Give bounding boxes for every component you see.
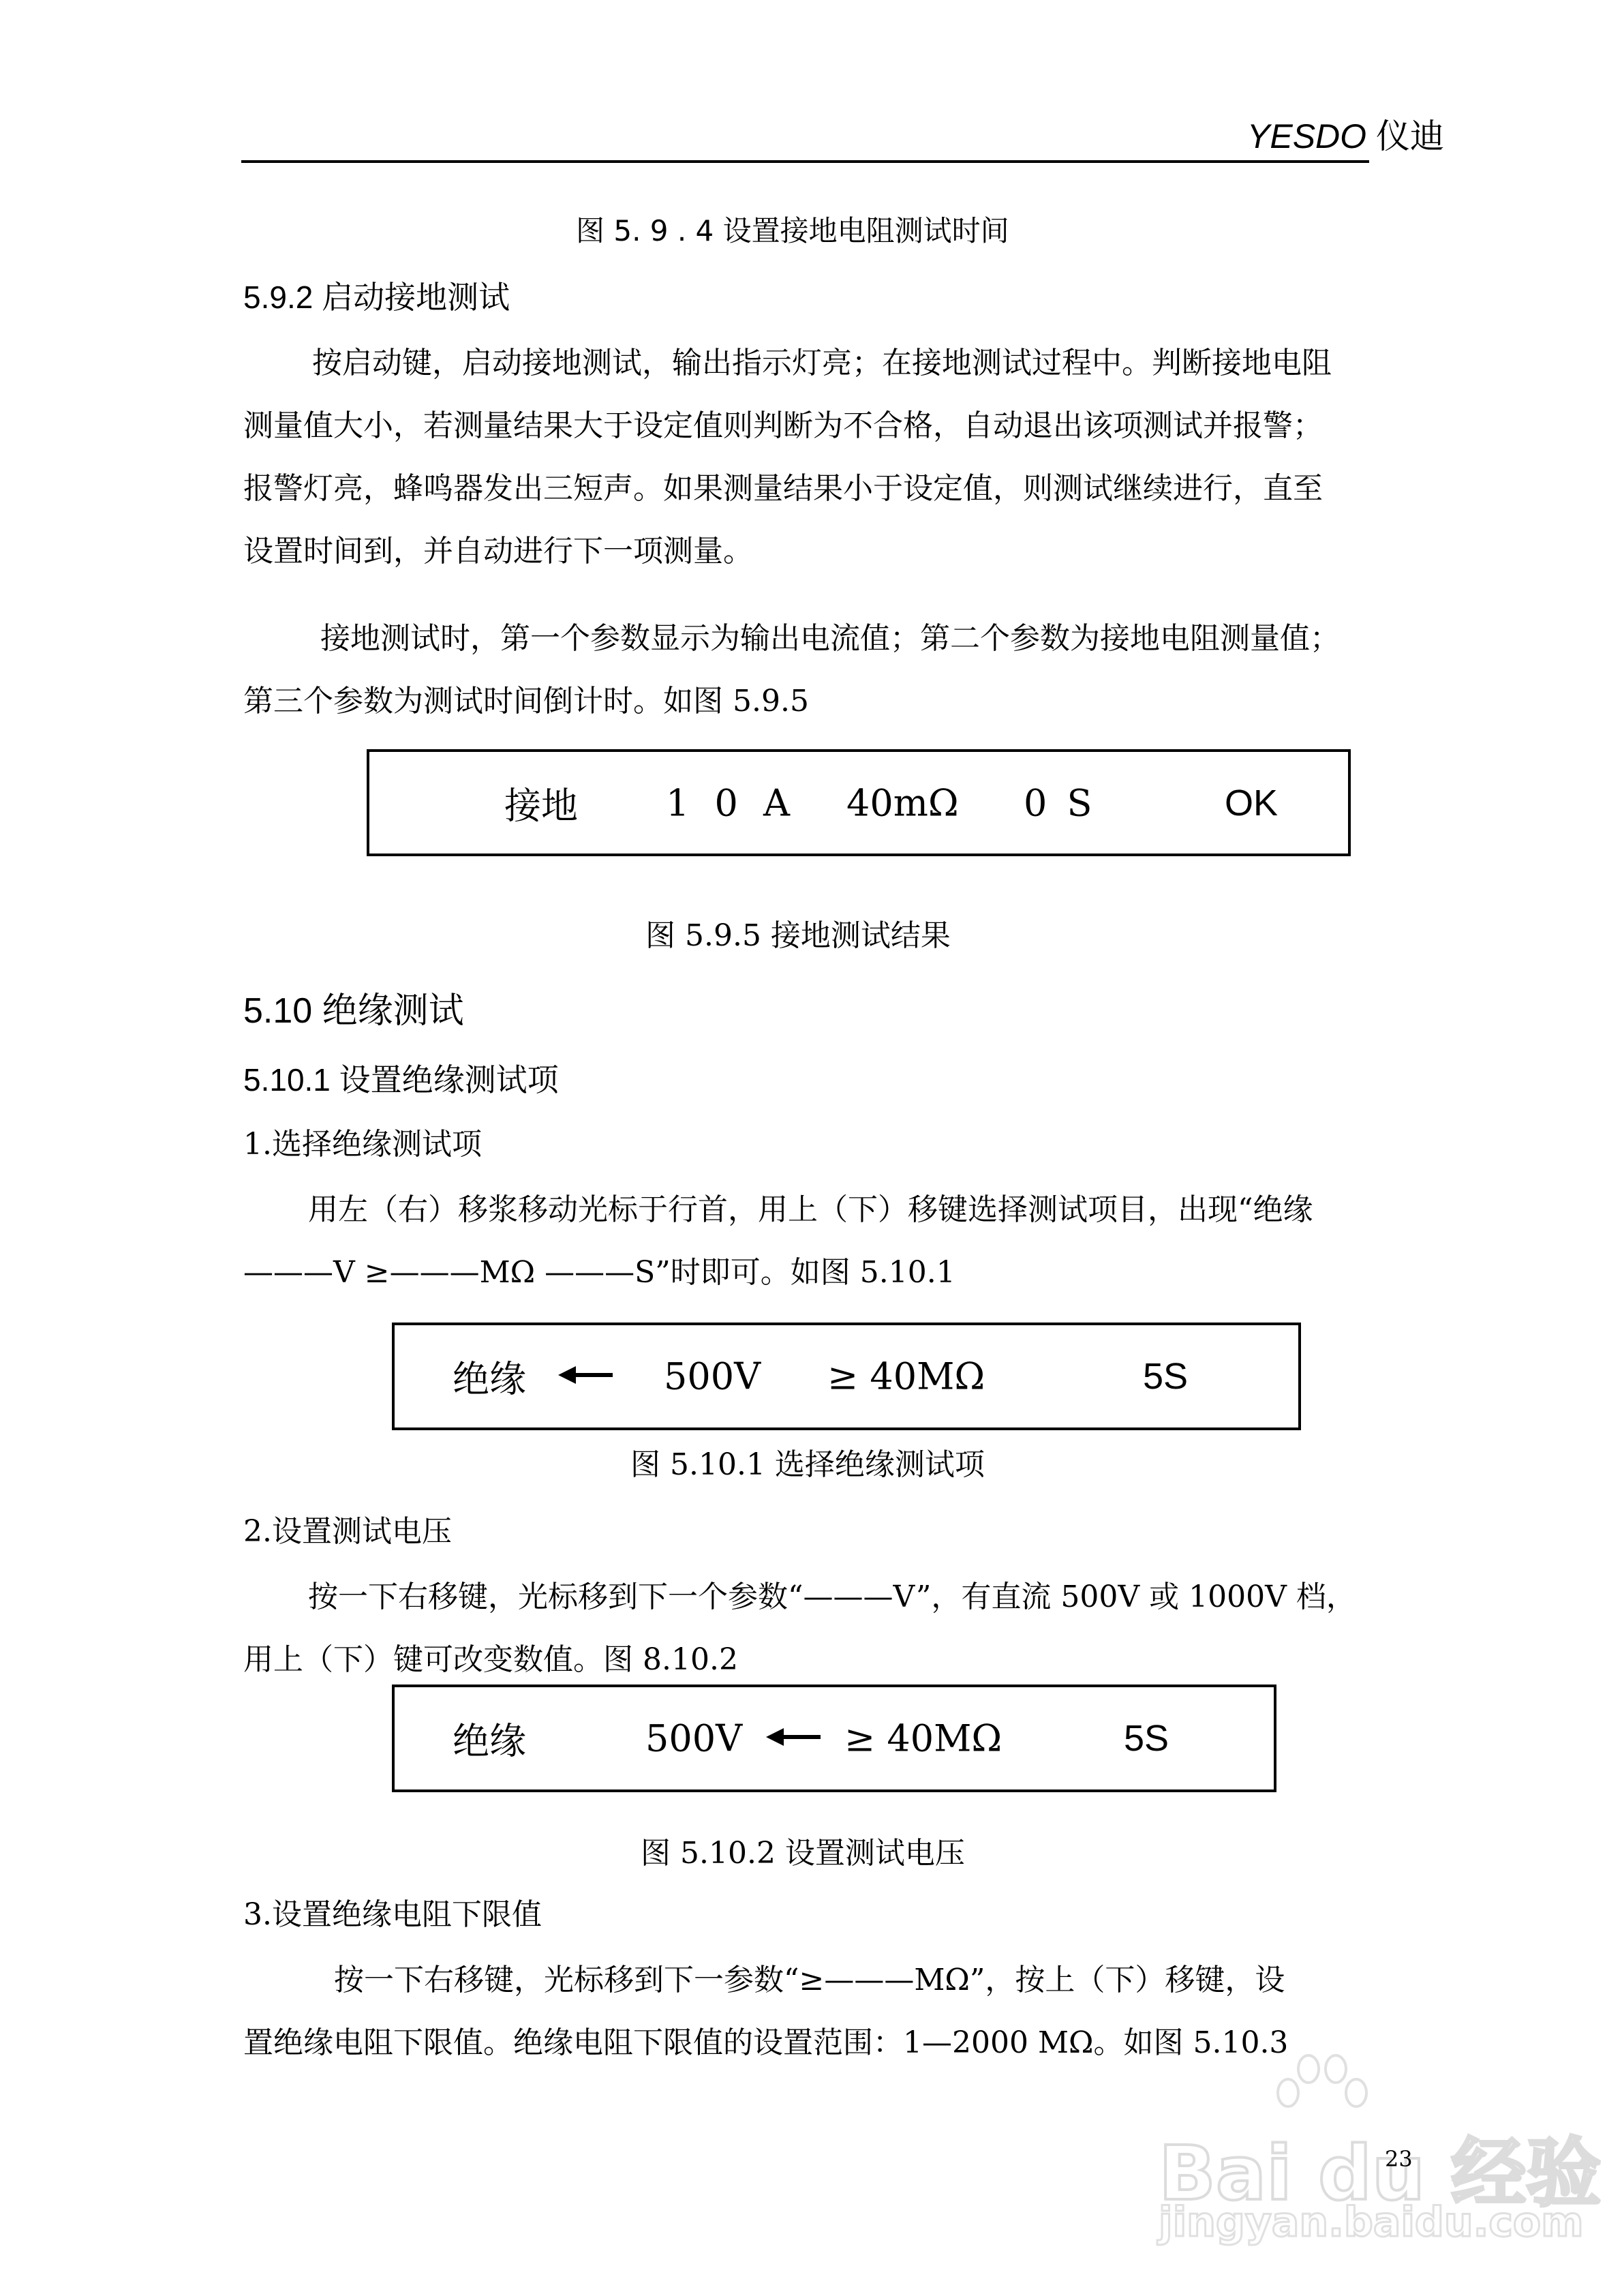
- paragraph-line: 用左（右）移浆移动光标于行首，用上（下）移键选择测试项目，出现“绝缘: [308, 1185, 1313, 1228]
- figure-caption-5-10-1: 图 5.10.1 选择绝缘测试项: [630, 1440, 985, 1483]
- header-divider: [241, 160, 1369, 163]
- display-time: 0 S: [1024, 781, 1097, 824]
- cursor-left-arrow-icon: [766, 1727, 821, 1750]
- display-time: 5S: [1124, 1717, 1169, 1759]
- display-voltage: 500V: [664, 1355, 761, 1398]
- display-current: 1 0 A: [666, 781, 797, 824]
- step-title-1: 1.选择绝缘测试项: [243, 1119, 482, 1163]
- section-heading-5-10: 5.10 绝缘测试: [243, 982, 464, 1033]
- brand-cn: 仪迪: [1376, 117, 1444, 156]
- display-mode: 绝缘: [453, 1712, 526, 1765]
- lcd-display-select-insulation: 绝缘 500V ≥ 40MΩ 5S: [392, 1323, 1301, 1430]
- display-voltage: 500V: [645, 1717, 742, 1760]
- watermark-url: jingyan.baidu.com: [1159, 2199, 1584, 2246]
- figure-caption-5-9-5: 图 5.9.5 接地测试结果: [645, 911, 951, 954]
- brand-latin: YESDO: [1247, 117, 1366, 155]
- paw-icon: [1274, 2052, 1370, 2127]
- paragraph-line: 按启动键，启动接地测试，输出指示灯亮；在接地测试过程中。判断接地电阻: [312, 338, 1332, 382]
- display-resistance: 40mΩ: [846, 781, 959, 824]
- paragraph-line: 报警灯亮，蜂鸣器发出三短声。如果测量结果小于设定值，则测试继续进行，直至: [243, 464, 1323, 507]
- display-mode: 绝缘: [453, 1350, 526, 1403]
- baidu-watermark: Bai du 经验 jingyan.baidu.com: [1145, 2052, 1527, 2256]
- paragraph-line: 置绝缘电阻下限值。绝缘电阻下限值的设置范围：1—2000 MΩ。如图 5.10.…: [243, 2018, 1288, 2061]
- display-time: 5S: [1143, 1355, 1188, 1398]
- section-heading-5-9-2: 5.9.2 启动接地测试: [243, 273, 510, 318]
- paragraph-line: 用上（下）键可改变数值。图 8.10.2: [243, 1635, 738, 1678]
- display-mode: 接地: [504, 776, 578, 829]
- paragraph-line: 设置时间到，并自动进行下一项测量。: [243, 526, 753, 570]
- watermark-logo-text: Bai du 经验: [1159, 2113, 1601, 2221]
- figure-caption-5-10-2: 图 5.10.2 设置测试电压: [641, 1828, 965, 1872]
- paragraph-line: 接地测试时，第一个参数显示为输出电流值；第二个参数为接地电阻测量值；: [320, 614, 1340, 657]
- figure-caption-5-9-4: 图 5. 9 . 4 设置接地电阻测试时间: [576, 209, 1009, 250]
- paragraph-line: 按一下右移键，光标移到下一个参数“———V”，有直流 500V 或 1000V …: [308, 1572, 1356, 1616]
- step-title-3: 3.设置绝缘电阻下限值: [243, 1890, 542, 1933]
- paragraph-line: ———V ≥———MΩ ———S”时即可。如图 5.10.1: [243, 1248, 955, 1291]
- lcd-display-set-voltage: 绝缘 500V ≥ 40MΩ 5S: [392, 1685, 1276, 1792]
- header-brand: YESDO 仪迪: [1247, 109, 1444, 158]
- paragraph-line: 第三个参数为测试时间倒计时。如图 5.9.5: [243, 676, 809, 720]
- display-result: OK: [1225, 782, 1278, 824]
- paragraph-line: 按一下右移键，光标移到下一参数“≥———MΩ”，按上（下）移键，设: [334, 1955, 1285, 1999]
- step-title-2: 2.设置测试电压: [243, 1507, 452, 1550]
- page-number: 23: [1385, 2146, 1413, 2172]
- section-heading-5-10-1: 5.10.1 设置绝缘测试项: [243, 1055, 559, 1100]
- cursor-left-arrow-icon: [558, 1365, 613, 1388]
- paragraph-line: 测量值大小，若测量结果大于设定值则判断为不合格，自动退出该项测试并报警；: [243, 401, 1323, 444]
- lcd-display-ground-result: 接地 1 0 A 40mΩ 0 S OK: [367, 749, 1351, 856]
- display-limit: ≥ 40MΩ: [844, 1717, 1002, 1760]
- display-limit: ≥ 40MΩ: [827, 1355, 985, 1398]
